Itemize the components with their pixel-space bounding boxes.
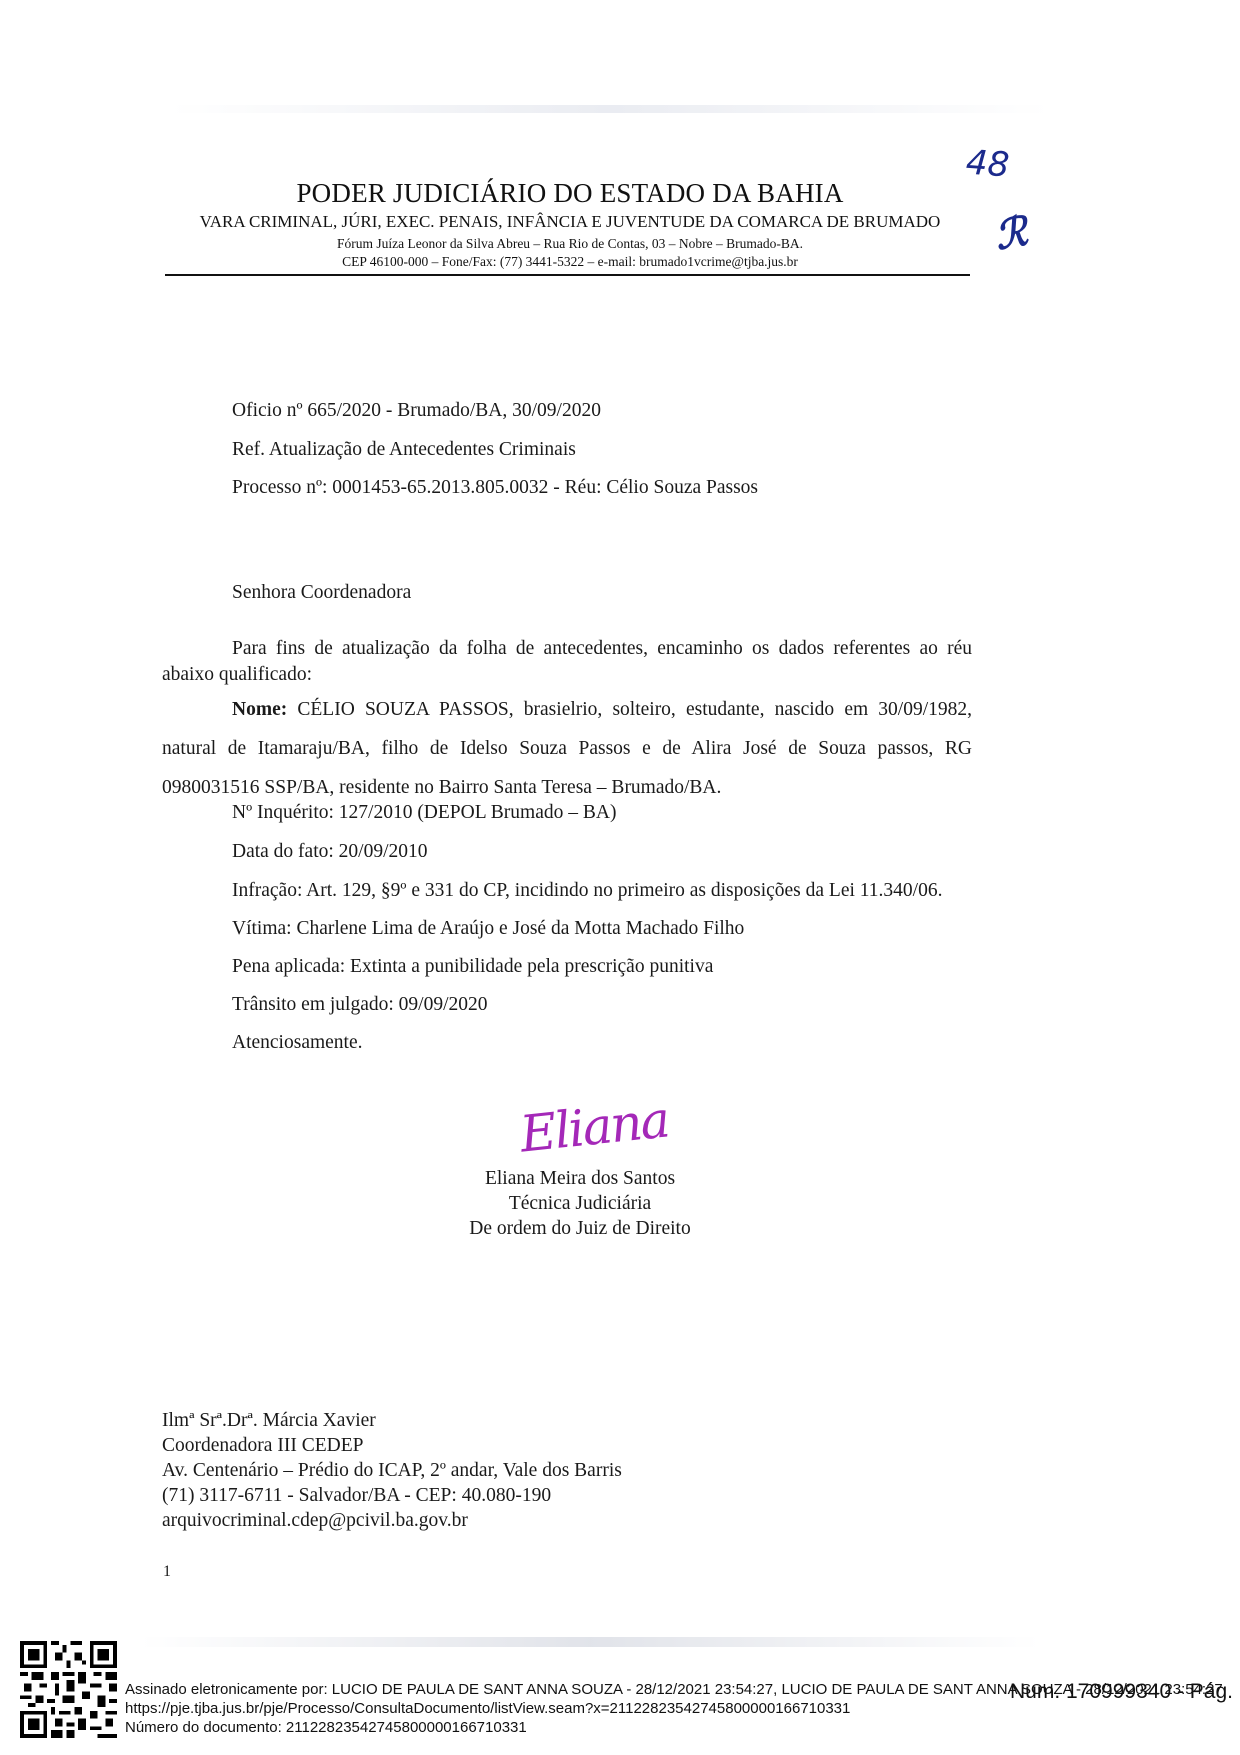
scan-artifact bbox=[140, 1637, 1040, 1647]
court-address: Fórum Juíza Leonor da Silva Abreu – Rua … bbox=[0, 236, 1140, 252]
salutation: Senhora Coordenadora bbox=[232, 582, 411, 604]
field-pena: Pena aplicada: Extinta a punibilidade pe… bbox=[232, 956, 713, 978]
recipient-phone: (71) 3117-6711 - Salvador/BA - CEP: 40.0… bbox=[162, 1485, 551, 1507]
field-vitima: Vítima: Charlene Lima de Araújo e José d… bbox=[232, 918, 744, 940]
document-url[interactable]: https://pje.tjba.jus.br/pje/Processo/Con… bbox=[125, 1700, 850, 1717]
field-transito: Trânsito em julgado: 09/09/2020 bbox=[232, 994, 488, 1016]
court-contact: CEP 46100-000 – Fone/Fax: (77) 3441-5322… bbox=[0, 254, 1140, 270]
ref-line: Ref. Atualização de Antecedentes Crimina… bbox=[232, 439, 576, 461]
defendant-paragraph: Nome: CÉLIO SOUZA PASSOS, brasielrio, so… bbox=[162, 690, 972, 807]
scan-artifact bbox=[170, 105, 1050, 113]
recipient-email[interactable]: arquivocriminal.cdep@pcivil.ba.gov.br bbox=[162, 1510, 468, 1532]
handwritten-page-number: 48 bbox=[965, 143, 1011, 186]
court-division: VARA CRIMINAL, JÚRI, EXEC. PENAIS, INFÂN… bbox=[0, 212, 1140, 232]
field-infracao: Infração: Art. 129, §9º e 331 do CP, inc… bbox=[232, 880, 942, 902]
name-label: Nome: bbox=[232, 699, 287, 720]
recipient-name: Ilmª Srª.Drª. Márcia Xavier bbox=[162, 1410, 376, 1432]
header-divider bbox=[165, 274, 970, 276]
field-inquerito: Nº Inquérito: 127/2010 (DEPOL Brumado – … bbox=[232, 802, 616, 824]
qr-code-icon bbox=[20, 1641, 117, 1738]
signer-role: Técnica Judiciária bbox=[440, 1193, 720, 1215]
recipient-address: Av. Centenário – Prédio do ICAP, 2º anda… bbox=[162, 1460, 622, 1482]
handwritten-signature: Eliana bbox=[517, 1090, 671, 1163]
processo-line: Processo nº: 0001453-65.2013.805.0032 - … bbox=[232, 477, 758, 499]
signer-name: Eliana Meira dos Santos bbox=[440, 1168, 720, 1190]
recipient-title: Coordenadora III CEDEP bbox=[162, 1435, 363, 1457]
page-number: 1 bbox=[163, 1563, 171, 1581]
closing: Atenciosamente. bbox=[232, 1032, 363, 1054]
oficio-line: Oficio nº 665/2020 - Brumado/BA, 30/09/2… bbox=[232, 400, 601, 422]
document-number: Número do documento: 2112282354274580000… bbox=[125, 1719, 527, 1736]
field-data-fato: Data do fato: 20/09/2010 bbox=[232, 841, 428, 863]
num-page-stamp: Num. 170999340 - Pág. 1 bbox=[1010, 1680, 1240, 1704]
intro-paragraph: Para fins de atualização da folha de ant… bbox=[162, 636, 972, 688]
signer-order: De ordem do Juiz de Direito bbox=[440, 1218, 720, 1240]
